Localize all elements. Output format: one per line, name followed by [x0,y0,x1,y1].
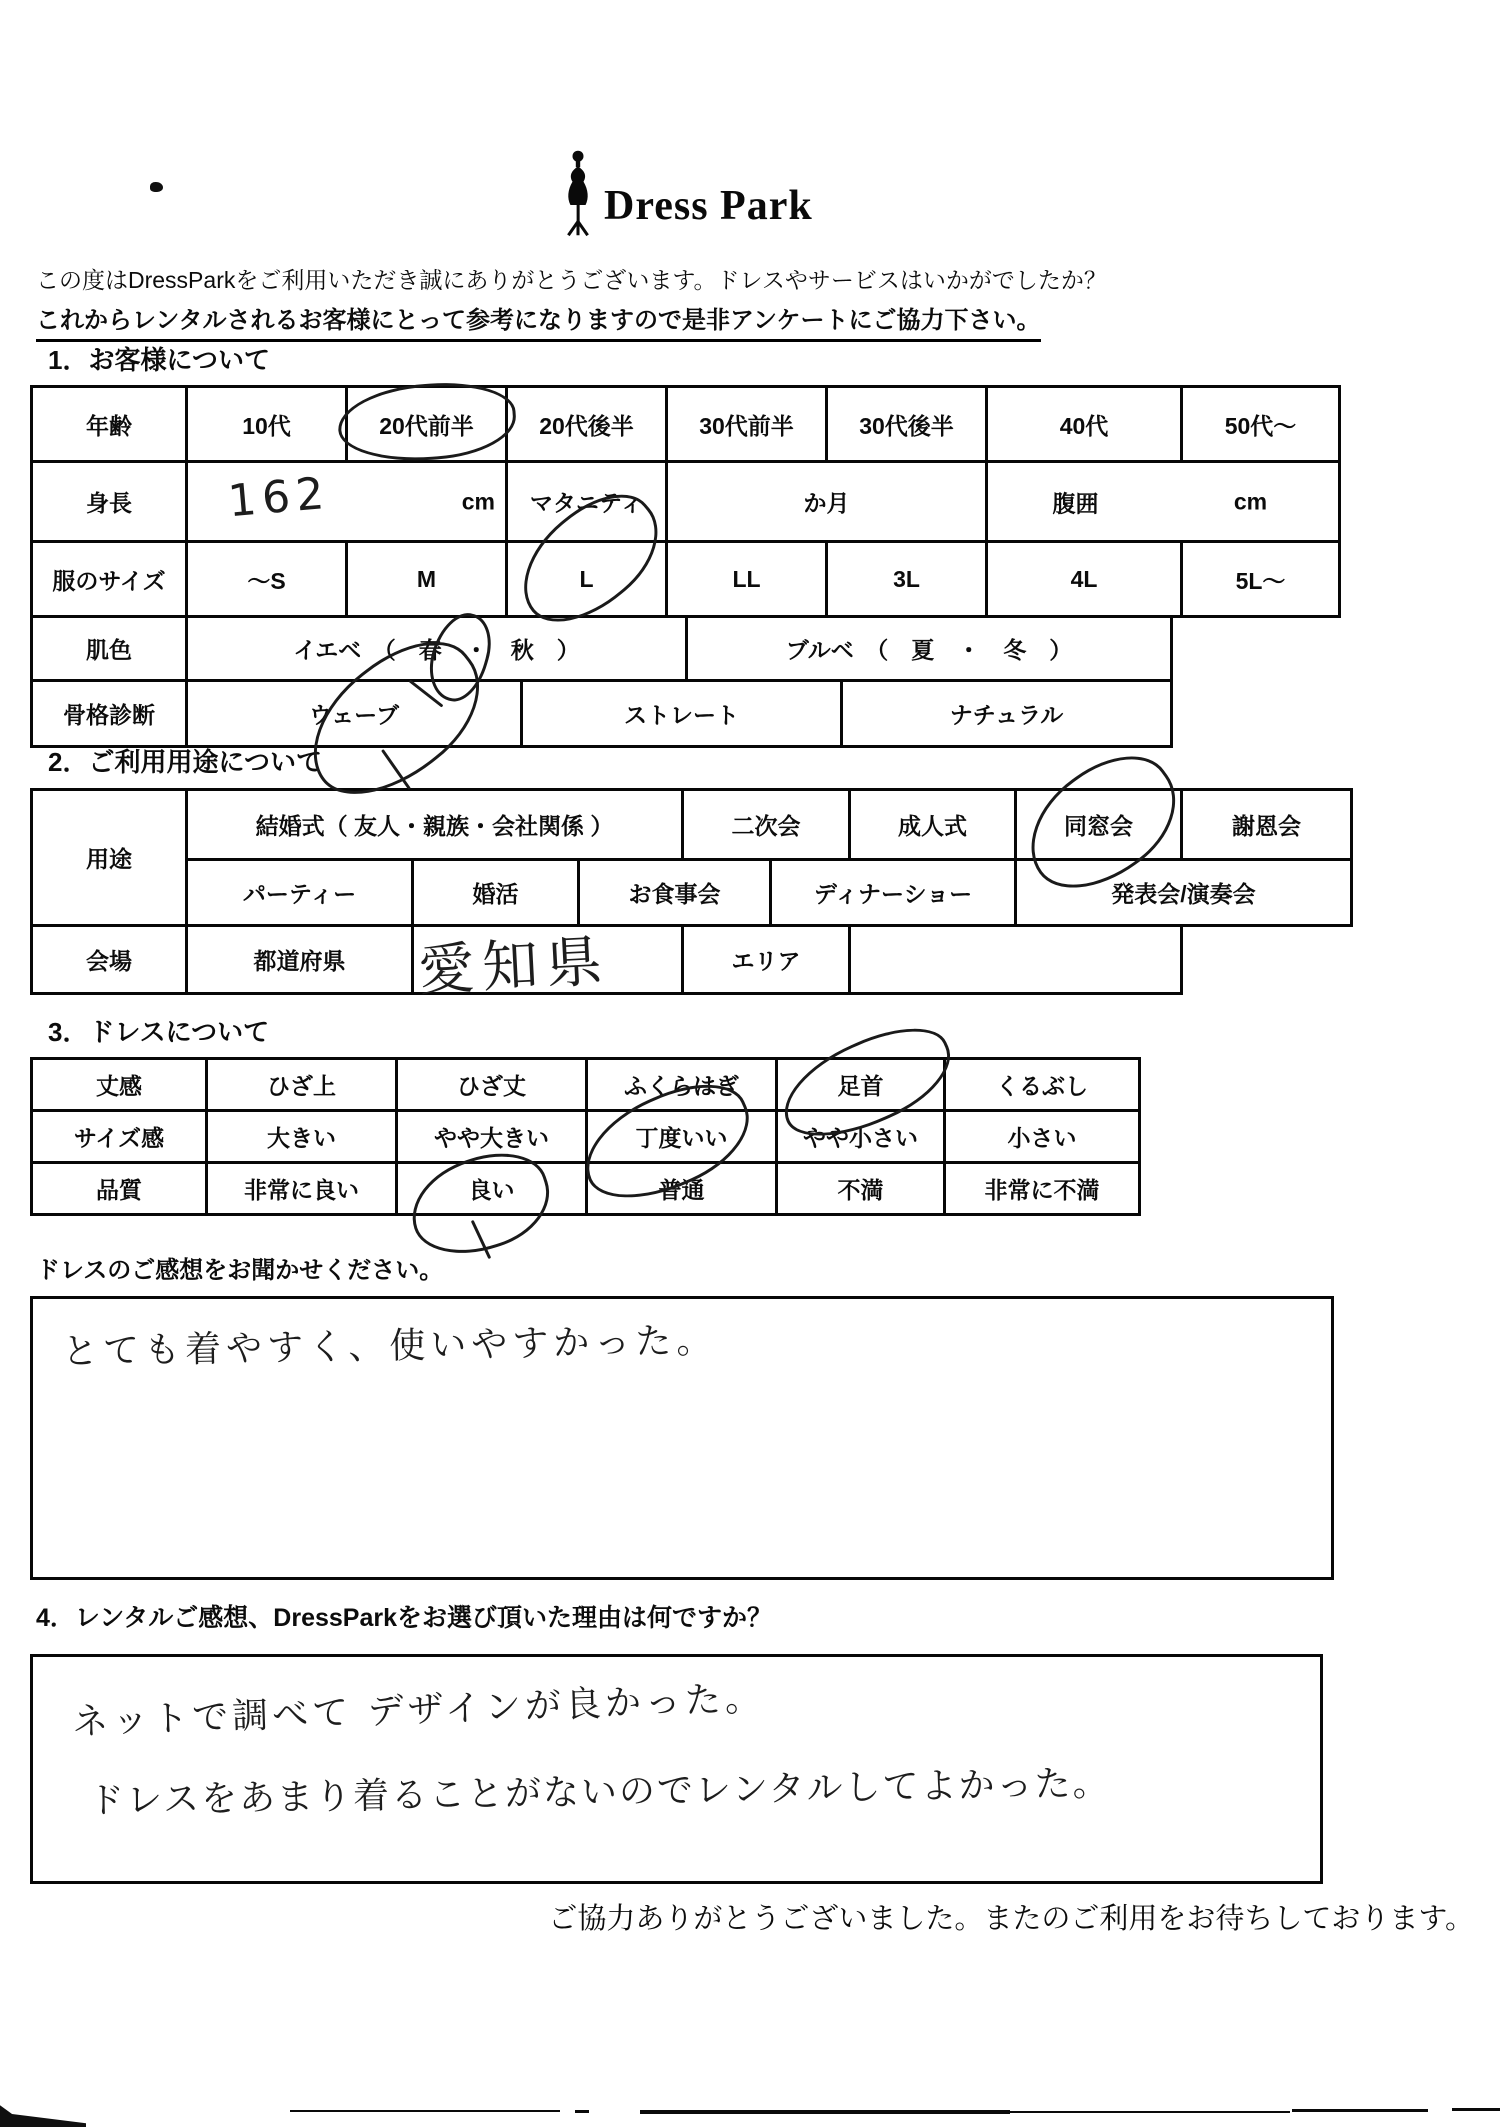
purpose-option: 婚活 [413,860,579,926]
ink-speck [150,182,163,192]
table-customer-top: 年齢 10代 20代前半 20代後半 30代前半 30代後半 40代 50代～ … [30,385,1341,618]
height-unit: cm [462,488,495,515]
maternity-unit-cell: か月 [667,462,987,542]
purpose-option: ディナーショー [771,860,1016,926]
scan-line [1292,2109,1428,2112]
row-purpose-2: パーティー 婚活 お食事会 ディナーショー 発表会/演奏会 [32,860,1352,926]
frame-option: ストレート [522,681,842,747]
size-option: ～S [187,542,347,617]
purpose-option: 成人式 [850,790,1016,860]
brand-logo-text: Dress Park [604,182,813,230]
fit-option: 小さい [945,1111,1140,1163]
handwritten-height: 162 [226,468,332,528]
size-option: M [347,542,507,617]
size-option: 4L [987,542,1182,617]
age-option: 10代 [187,387,347,462]
section3-heading: 3．ドレスについて [48,1012,269,1049]
section3-table: 丈感 ひざ上 ひざ丈 ふくらはぎ 足首 くるぶし サイズ感 大きい やや大きい … [30,1057,1141,1216]
fit-option: 大きい [207,1111,397,1163]
intro-line2: これからレンタルされるお客様にとって参考になりますので是非アンケートにご協力下さ… [36,300,1041,342]
row-skin: 肌色 イエベ （ 春 ・ 秋 ） ブルベ （ 夏 ・ 冬 ） [32,617,1172,681]
waist-cell: 腹囲 cm [987,462,1340,542]
quality-label: 品質 [32,1163,207,1215]
venue-label: 会場 [32,926,187,994]
table-step-filler [1182,926,1352,994]
section4-heading: 4．レンタルご感想、DressParkをお選び頂いた理由は何ですか？ [36,1598,772,1634]
purpose-option: パーティー [187,860,413,926]
section2-heading: 2．ご利用用途について [48,742,322,779]
skin-blue-cell: ブルベ （ 夏 ・ 冬 ） [687,617,1172,681]
frame-label: 骨格診断 [32,681,187,747]
purpose-option: 謝恩会 [1182,790,1352,860]
row-fit: サイズ感 大きい やや大きい 丁度いい やや小さい 小さい [32,1111,1140,1163]
purpose-option: お食事会 [579,860,771,926]
scan-artifact [0,2096,86,2127]
length-option: くるぶし [945,1059,1140,1111]
row-venue: 会場 都道府県 エリア [32,926,1352,994]
closing-text: ご協力ありがとうございました。またのご利用をお待ちしております。 [548,1896,1474,1937]
row-length: 丈感 ひざ上 ひざ丈 ふくらはぎ 足首 くるぶし [32,1059,1140,1111]
height-label: 身長 [32,462,187,542]
fit-label: サイズ感 [32,1111,207,1163]
section1-heading: 1．お客様について [48,340,270,377]
handwritten-prefecture: 愛知県 [416,917,612,1007]
quality-option: 非常に良い [207,1163,397,1215]
size-option: LL [667,542,827,617]
age-option: 30代前半 [667,387,827,462]
purpose-label: 用途 [32,790,187,926]
scan-line [1452,2108,1500,2111]
length-option: ひざ丈 [397,1059,587,1111]
scanned-survey-page: Dress Park この度はDressParkをご利用いただき誠にありがとうご… [0,0,1500,2127]
age-option: 20代後半 [507,387,667,462]
section1-table: 年齢 10代 20代前半 20代後半 30代前半 30代後半 40代 50代～ … [30,385,1341,748]
size-label: 服のサイズ [32,542,187,617]
table-skin: 肌色 イエベ （ 春 ・ 秋 ） ブルベ （ 夏 ・ 冬 ） [30,615,1341,682]
size-option: 5L～ [1182,542,1340,617]
age-label: 年齢 [32,387,187,462]
length-option: ひざ上 [207,1059,397,1111]
dressform-icon [560,150,596,238]
waist-label: 腹囲 [988,485,1163,518]
quality-option: 非常に不満 [945,1163,1140,1215]
frame-option: ナチュラル [842,681,1172,747]
age-option: 30代後半 [827,387,987,462]
area-label: エリア [683,926,850,994]
intro-line1: この度はDressParkをご利用いただき誠にありがとうございます。ドレスやサー… [36,262,1107,295]
impression-prompt: ドレスのご感想をお聞かせください。 [36,1250,443,1285]
length-label: 丈感 [32,1059,207,1111]
skin-label: 肌色 [32,617,187,681]
scan-line [640,2110,1010,2114]
age-option: 40代 [987,387,1182,462]
row-age: 年齢 10代 20代前半 20代後半 30代前半 30代後半 40代 50代～ [32,387,1340,462]
quality-option: 不満 [777,1163,945,1215]
purpose-option: 結婚式（ 友人・親族・会社関係 ） [187,790,683,860]
age-option: 50代～ [1182,387,1340,462]
scan-line [290,2110,560,2112]
size-option: 3L [827,542,987,617]
scan-line [1010,2111,1290,2113]
waist-unit: cm [1163,488,1338,515]
prefecture-label: 都道府県 [187,926,413,994]
table-frame: 骨格診断 ウェーブ ストレート ナチュラル [30,679,1341,748]
row-size: 服のサイズ ～S M L LL 3L 4L 5L～ [32,542,1340,617]
purpose-option: 二次会 [683,790,850,860]
scan-line [575,2110,589,2113]
row-frame: 骨格診断 ウェーブ ストレート ナチュラル [32,681,1172,747]
area-value-cell [850,926,1182,994]
